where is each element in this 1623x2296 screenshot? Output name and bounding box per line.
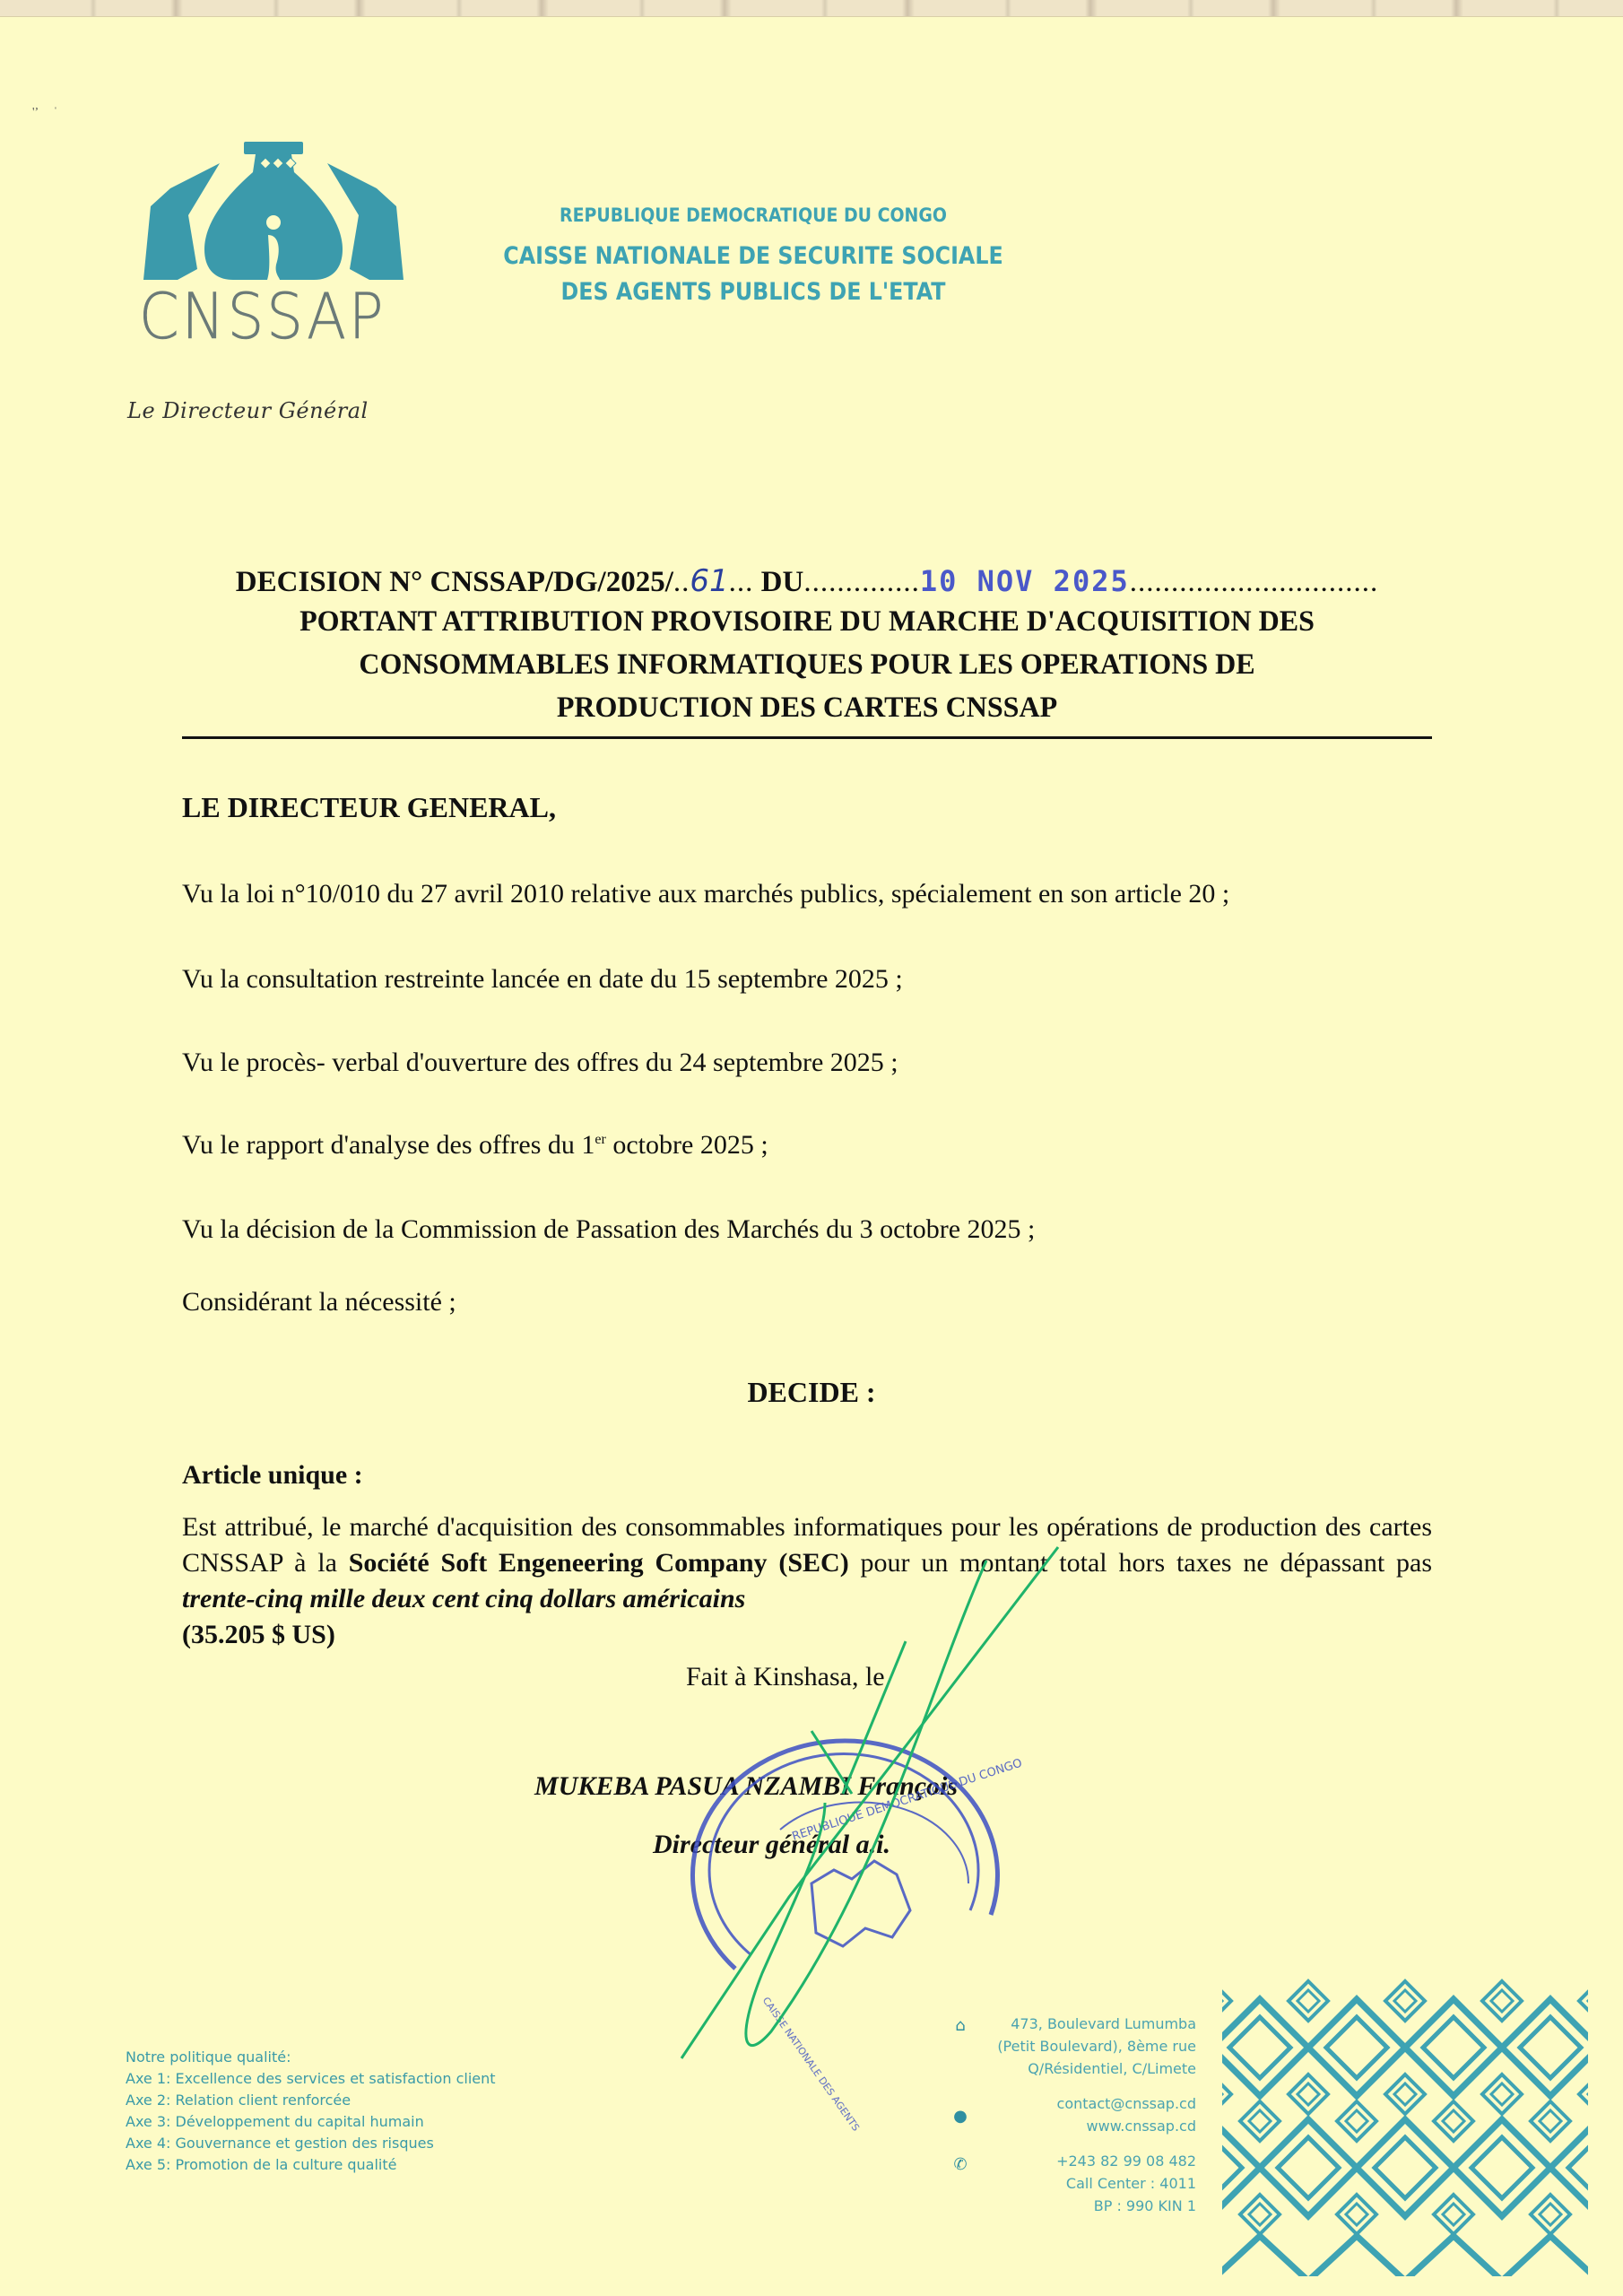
decorative-diamond-pattern-icon <box>1222 1976 1588 2276</box>
email-link[interactable]: contact@cnssap.cd <box>968 2092 1196 2115</box>
subtitle-line-2: CONSOMMABLES INFORMATIQUES POUR LES OPER… <box>198 644 1416 685</box>
decision-prefix: DECISION N° CNSSAP/DG/2025/ <box>236 566 673 598</box>
stamp-inner-text: CAISSE NATIONALE DES AGENTS <box>760 1995 863 2133</box>
quality-policy: Notre politique qualité: Axe 1: Excellen… <box>126 2047 496 2176</box>
handwritten-number: 61 <box>690 563 728 599</box>
article-part-2: pour un montant total hors taxes ne dépa… <box>849 1548 1432 1578</box>
signatory-title: Directeur général a.i. <box>653 1830 890 1860</box>
signatory-name: MUKEBA PASUA NZAMBI François <box>534 1771 958 1802</box>
website-link[interactable]: www.cnssap.cd <box>968 2115 1196 2137</box>
decision-number-line: DECISION N° CNSSAP/DG/2025/..61... DU...… <box>179 563 1435 599</box>
du-label: DU <box>761 566 804 598</box>
date-stamp: 10 NOV 2025 <box>920 564 1130 598</box>
consideration-6: Considérant la nécessité ; <box>182 1287 456 1318</box>
decision-title: DECISION N° CNSSAP/DG/2025/..61... DU...… <box>179 563 1435 728</box>
quality-axis: Axe 5: Promotion de la culture qualité <box>126 2154 496 2176</box>
consideration-2: Vu la consultation restreinte lancée en … <box>182 964 903 995</box>
home-icon: ⌂ <box>950 2014 970 2037</box>
address-line: (Petit Boulevard), 8ème rue <box>968 2035 1196 2057</box>
article-text: Est attribué, le marché d'acquisition de… <box>182 1509 1432 1653</box>
amount-in-figures: (35.205 $ US) <box>182 1620 335 1649</box>
logo-wordmark: CNSSAP <box>135 280 390 353</box>
quality-axis: Axe 4: Gouvernance et gestion des risque… <box>126 2133 496 2154</box>
quality-title: Notre politique qualité: <box>126 2047 496 2068</box>
decide-heading: DECIDE : <box>0 1376 1623 1409</box>
article-label: Article unique : <box>182 1460 363 1491</box>
awarded-company: Société Soft Engeneering Company (SEC) <box>349 1548 849 1578</box>
consideration-5: Vu la décision de la Commission de Passa… <box>182 1214 1035 1245</box>
address-line: 473, Boulevard Lumumba <box>968 2013 1196 2035</box>
consideration-1: Vu la loi n°10/010 du 27 avril 2010 rela… <box>182 879 1229 909</box>
place-line: Fait à Kinshasa, le <box>686 1662 885 1692</box>
quality-axis: Axe 3: Développement du capital humain <box>126 2111 496 2133</box>
consideration-3: Vu le procès- verbal d'ouverture des off… <box>182 1048 898 1078</box>
scan-specks: '’ ˈ <box>32 106 57 120</box>
country-name: REPUBLIQUE DEMOCRATIQUE DU CONGO <box>479 204 1028 226</box>
phone-icon: ✆ <box>950 2153 970 2176</box>
org-name-line2: DES AGENTS PUBLICS DE L'ETAT <box>485 274 1021 310</box>
org-name-line1: CAISSE NATIONALE DE SECURITE SOCIALE <box>485 239 1021 274</box>
organization-header: REPUBLIQUE DEMOCRATIQUE DU CONGO CAISSE … <box>448 204 1058 310</box>
call-center: Call Center : 4011 <box>968 2172 1196 2195</box>
quality-axis: Axe 1: Excellence des services et satisf… <box>126 2068 496 2090</box>
director-script-label: Le Directeur Général <box>127 398 369 423</box>
body-heading: LE DIRECTEUR GENERAL, <box>182 791 556 824</box>
amount-in-words: trente-cinq mille deux cent cinq dollars… <box>182 1584 745 1613</box>
subtitle-line-1: PORTANT ATTRIBUTION PROVISOIRE DU MARCHE… <box>198 601 1416 642</box>
phone-number: +243 82 99 08 482 <box>968 2150 1196 2172</box>
quality-axis: Axe 2: Relation client renforcée <box>126 2090 496 2111</box>
address-line: Q/Résidentiel, C/Limete <box>968 2057 1196 2080</box>
scan-top-edge <box>0 0 1623 17</box>
contact-block: ⌂ 473, Boulevard Lumumba (Petit Boulevar… <box>968 2013 1196 2230</box>
subtitle-line-3: PRODUCTION DES CARTES CNSSAP <box>198 687 1416 728</box>
consideration-4: Vu le rapport d'analyse des offres du 1e… <box>182 1130 768 1161</box>
title-divider <box>182 736 1432 739</box>
globe-icon: ● <box>950 2105 970 2127</box>
po-box: BP : 990 KIN 1 <box>968 2195 1196 2217</box>
